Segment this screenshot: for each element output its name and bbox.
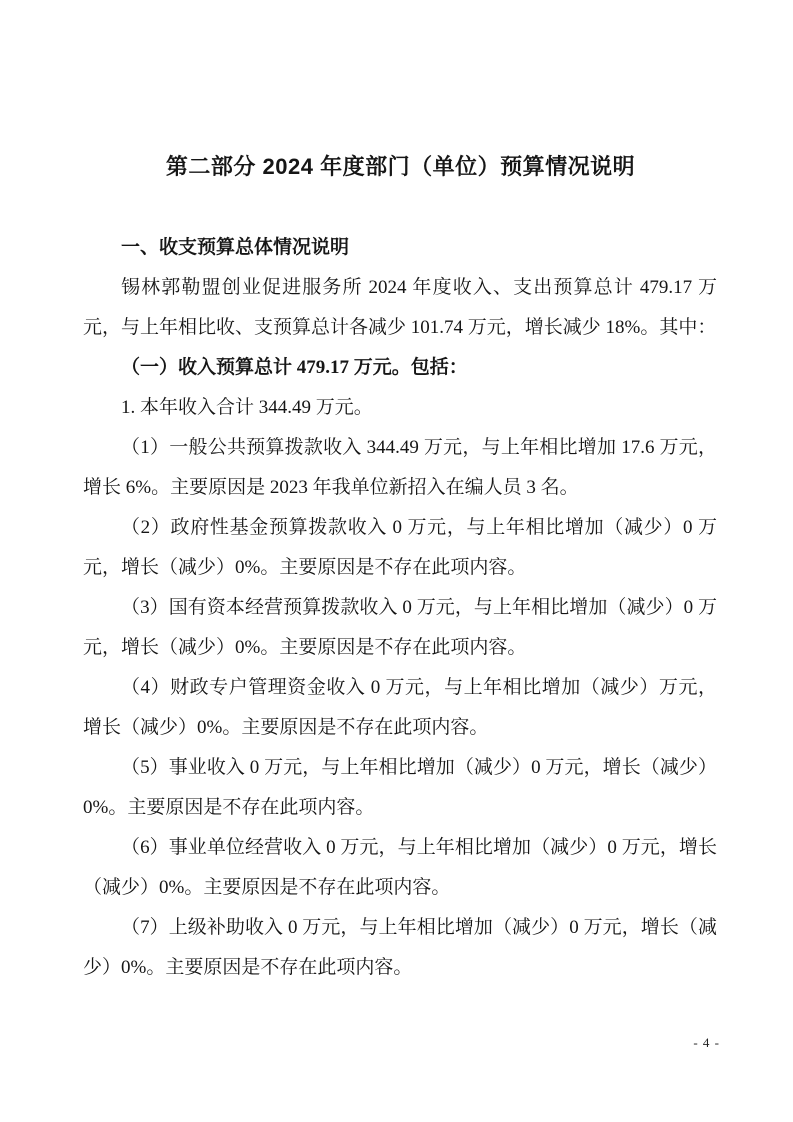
paragraph-item-1-general-public-budget: （1）一般公共预算拨款收入 344.49 万元，与上年相比增加 17.6 万元，… [83, 428, 717, 508]
page-number: - 4 - [693, 1034, 720, 1052]
subsection-heading-income-total: （一）收入预算总计 479.17 万元。包括： [83, 348, 717, 388]
document-page: 第二部分 2024 年度部门（单位）预算情况说明 一、收支预算总体情况说明 锡林… [0, 0, 793, 1122]
paragraph-item-7-superior-subsidy-income: （7）上级补助收入 0 万元，与上年相比增加（减少）0 万元，增长（减少）0%。… [83, 908, 717, 988]
paragraph-item-2-government-fund: （2）政府性基金预算拨款收入 0 万元，与上年相比增加（减少）0 万元，增长（减… [83, 508, 717, 588]
section-heading: 一、收支预算总体情况说明 [83, 228, 717, 268]
paragraph-item-3-state-capital: （3）国有资本经营预算拨款收入 0 万元，与上年相比增加（减少）0 万元，增长（… [83, 588, 717, 668]
document-title: 第二部分 2024 年度部门（单位）预算情况说明 [83, 149, 718, 185]
paragraph-item-4-fiscal-special-account: （4）财政专户管理资金收入 0 万元，与上年相比增加（减少）万元，增长（减少）0… [83, 668, 717, 748]
paragraph-item-5-business-income: （5）事业收入 0 万元，与上年相比增加（减少）0 万元，增长（减少）0%。主要… [83, 748, 717, 828]
paragraph-budget-summary: 锡林郭勒盟创业促进服务所 2024 年度收入、支出预算总计 479.17 万元，… [83, 268, 717, 348]
document-body: 一、收支预算总体情况说明 锡林郭勒盟创业促进服务所 2024 年度收入、支出预算… [83, 228, 717, 988]
paragraph-current-year-income: 1. 本年收入合计 344.49 万元。 [83, 388, 717, 428]
paragraph-item-6-business-unit-operating-income: （6）事业单位经营收入 0 万元，与上年相比增加（减少）0 万元，增长（减少）0… [83, 828, 717, 908]
